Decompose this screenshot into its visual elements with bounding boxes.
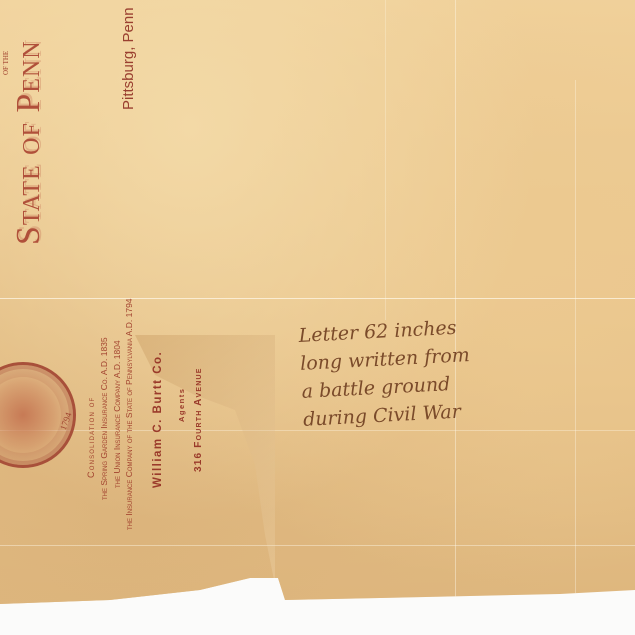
consolidation-line: the Union Insurance Company A.D. 1804: [112, 340, 122, 488]
aged-letter-paper: OF THE State of Penn Pittsburg, Penn 179…: [0, 0, 635, 635]
consolidation-line: the Insurance Company of the State of Pe…: [124, 298, 134, 530]
letterhead-title: State of Penn: [10, 40, 48, 245]
fold-crease: [455, 0, 456, 600]
letterhead-of-the: OF THE: [2, 51, 10, 75]
agent-address: 316 Fourth Avenue: [193, 367, 204, 472]
consolidation-heading: Consolidation of: [86, 397, 96, 478]
fold-crease: [0, 545, 635, 546]
agent-label: Agents: [177, 388, 186, 422]
agent-name: William C. Burtt Co.: [152, 351, 164, 488]
fold-crease: [575, 80, 576, 600]
consolidation-line: the Spring Garden Insurance Co. A.D. 183…: [99, 337, 109, 500]
fold-crease: [385, 0, 386, 320]
handwritten-note: Letter 62 inches long written from a bat…: [298, 313, 473, 434]
fold-crease: [0, 298, 635, 299]
letterhead-city: Pittsburg, Penn: [120, 7, 137, 110]
